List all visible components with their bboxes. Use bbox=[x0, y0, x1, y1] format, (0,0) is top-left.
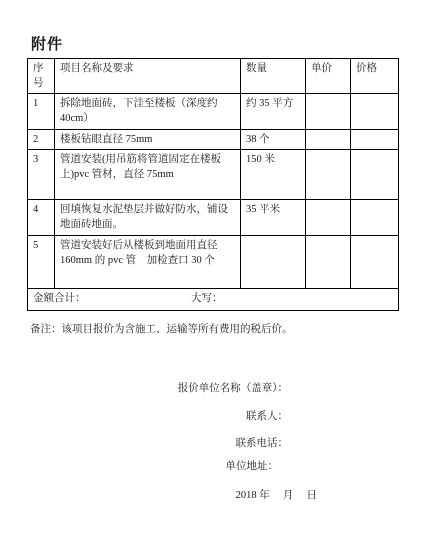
table-row: 2 楼板钻眼直径 75mm 38 个 bbox=[28, 129, 399, 150]
table-row: 5 管道安装好后从楼板到地面用直径 160mm 的 pvc 管 加检查口 30 … bbox=[28, 235, 399, 288]
cell-price bbox=[351, 200, 399, 235]
cell-no: 1 bbox=[28, 94, 55, 129]
cell-no: 2 bbox=[28, 129, 55, 150]
signature-date-line: 2018 年 月 日 bbox=[236, 487, 317, 502]
header-cell-unit-price: 单价 bbox=[306, 59, 351, 94]
cell-qty: 150 米 bbox=[241, 150, 306, 200]
cell-unit-price bbox=[306, 200, 351, 235]
header-cell-item: 项目名称及要求 bbox=[55, 59, 241, 94]
cell-price bbox=[351, 235, 399, 288]
table-header-row: 序号 项目名称及要求 数量 单价 价格 bbox=[28, 59, 399, 94]
document-page: 附件 序号 项目名称及要求 数量 单价 价格 1 拆除地面砖，下洼至楼板（深度约… bbox=[0, 0, 434, 537]
header-cell-price: 价格 bbox=[351, 59, 399, 94]
cell-qty: 35 平米 bbox=[241, 200, 306, 235]
cell-desc: 回填恢复水泥垫层并做好防水，铺设地面砖地面。 bbox=[55, 200, 241, 235]
cell-price bbox=[351, 150, 399, 200]
signature-address-label: 单位地址： bbox=[226, 458, 279, 473]
cell-desc: 管道安装好后从楼板到地面用直径 160mm 的 pvc 管 加检查口 30 个 bbox=[55, 235, 241, 288]
cell-price bbox=[351, 94, 399, 129]
cell-unit-price bbox=[306, 94, 351, 129]
header-cell-no: 序号 bbox=[28, 59, 55, 94]
cell-desc: 楼板钻眼直径 75mm bbox=[55, 129, 241, 150]
table-row: 3 管道安装(用吊筋将管道固定在楼板上)pvc 管材，直径 75mm 150 米 bbox=[28, 150, 399, 200]
signature-contact-label: 联系人： bbox=[246, 408, 288, 423]
table-row: 1 拆除地面砖，下洼至楼板（深度约40cm） 约 35 平方 bbox=[28, 94, 399, 129]
quotation-table: 序号 项目名称及要求 数量 单价 价格 1 拆除地面砖，下洼至楼板（深度约40c… bbox=[27, 58, 399, 311]
cell-unit-price bbox=[306, 129, 351, 150]
cell-no: 3 bbox=[28, 150, 55, 200]
signature-company-label: 报价单位名称（盖章）： bbox=[178, 380, 288, 395]
cell-unit-price bbox=[306, 235, 351, 288]
cell-no: 5 bbox=[28, 235, 55, 288]
cell-desc: 拆除地面砖，下洼至楼板（深度约40cm） bbox=[55, 94, 241, 129]
total-caps-label: 大写： bbox=[191, 292, 223, 307]
table-row: 4 回填恢复水泥垫层并做好防水，铺设地面砖地面。 35 平米 bbox=[28, 200, 399, 235]
cell-qty bbox=[241, 235, 306, 288]
cell-no: 4 bbox=[28, 200, 55, 235]
total-cell: 金额合计： 大写： bbox=[28, 288, 399, 310]
signature-phone-label: 联系电话： bbox=[236, 435, 289, 450]
remarks-line: 备注：该项目报价为含施工、运输等所有费用的税后价。 bbox=[30, 321, 293, 336]
header-cell-qty: 数量 bbox=[241, 59, 306, 94]
total-row: 金额合计： 大写： bbox=[28, 288, 399, 310]
cell-price bbox=[351, 129, 399, 150]
page-title: 附件 bbox=[31, 33, 63, 54]
cell-unit-price bbox=[306, 150, 351, 200]
cell-qty: 约 35 平方 bbox=[241, 94, 306, 129]
total-amount-label: 金额合计： bbox=[33, 293, 86, 304]
cell-desc: 管道安装(用吊筋将管道固定在楼板上)pvc 管材，直径 75mm bbox=[55, 150, 241, 200]
cell-qty: 38 个 bbox=[241, 129, 306, 150]
